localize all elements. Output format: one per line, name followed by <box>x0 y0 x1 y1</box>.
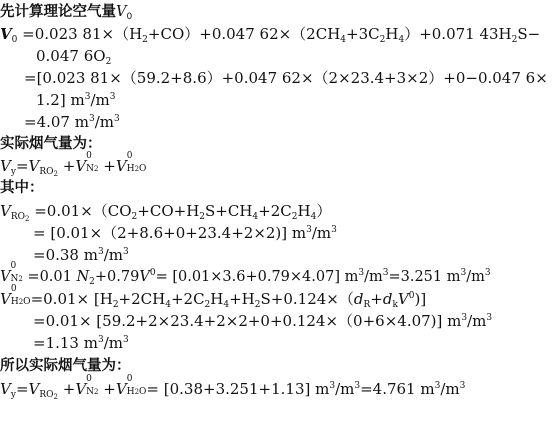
heading-text: 实际烟气量为： <box>0 136 102 152</box>
text: =[0.023 81×（59.2+8.6）+0.047 62×（2×23.4+3… <box>24 69 548 87</box>
formula-vh2o-definition: V0H2O=0.01× [H2+2CH4+2C2H4+H2S+0.124×（dR… <box>0 289 426 310</box>
sup: 0 <box>127 375 133 384</box>
text: /m <box>104 246 123 264</box>
text: S+0.124×（ <box>261 290 354 308</box>
var-V: V <box>116 380 127 398</box>
subsup: 0H2O <box>11 292 31 307</box>
text: =1.13 m <box>33 334 98 352</box>
sub: O <box>139 387 146 397</box>
formula-vro2-substitution: = [0.01×（2+8.6+0+23.4+2×2)] m3/m3 <box>33 223 337 244</box>
var-V: V <box>0 380 11 398</box>
formula-vro2-definition: VRO2 =0.01×（CO2+CO+H2S+CH4+2C2H4） <box>0 201 331 222</box>
sup: 3 <box>123 247 129 257</box>
text: /m <box>335 380 354 398</box>
formula-v0-result: =4.07 m3/m3 <box>24 112 120 133</box>
text: +0.79 <box>95 269 139 285</box>
text: +H <box>229 290 255 308</box>
text: )] <box>414 290 426 308</box>
text: /m <box>440 380 459 398</box>
sup: 3 <box>110 92 116 102</box>
sup: 3 <box>460 381 466 391</box>
formula-v0-substitution: =[0.023 81×（59.2+8.6）+0.047 62×（2×23.4+3… <box>24 68 548 89</box>
heading-theoretical-air: 先计算理论空气量V0 <box>0 2 132 23</box>
text: = <box>16 157 29 175</box>
heading-therefore-actual-flue-gas: 所以实际烟气量为： <box>0 356 131 377</box>
text: = [0.38+3.251+1.13] m <box>146 380 329 398</box>
sub: O <box>139 164 146 174</box>
text: =4.761 m <box>360 380 435 398</box>
text: =0.01 <box>23 269 77 285</box>
text: ）+0.071 43H <box>404 25 511 43</box>
sub-0: 0 <box>126 12 132 22</box>
sub: 2 <box>18 275 22 283</box>
sup: 0 <box>10 262 16 271</box>
text: =0.01× [59.2+2×23.4+2×2+0+0.124×（0+6×4.0… <box>33 312 461 330</box>
var-V: V <box>0 290 11 308</box>
formula-vh2o-substitution: =0.01× [59.2+2×23.4+2×2+0+0.124×（0+6×4.0… <box>33 311 492 332</box>
text: S+CH <box>205 202 252 220</box>
text: = [0.01×3.6+0.79×4.07] m <box>156 269 359 285</box>
subsup: 0N2 <box>86 382 98 397</box>
formula-vro2-result: =0.38 m3/m3 <box>33 245 129 266</box>
text: = [0.01×（2+8.6+0+23.4+2×2)] m <box>33 224 306 242</box>
sub: H <box>127 164 135 174</box>
text: =4.07 m <box>24 113 89 131</box>
text: /m <box>467 312 486 330</box>
sup: 3 <box>485 268 491 278</box>
subsup: 0H2O <box>127 382 147 397</box>
text: + <box>99 157 116 175</box>
sup: 0 <box>86 152 92 161</box>
text: =3.251 m <box>388 269 460 285</box>
document-page: 先计算理论空气量V0 V0 =0.023 81×（H2+CO）+0.047 62… <box>0 0 557 433</box>
text: /m <box>364 269 383 285</box>
var-V: V <box>139 269 149 285</box>
sub: H <box>11 297 19 307</box>
text: +2CH <box>119 290 166 308</box>
formula-vy-final: Vy=VRO2 +V0N2 +V0H2O= [0.38+3.251+1.13] … <box>0 379 465 400</box>
formula-v0-substitution-cont: 1.2] m3/m3 <box>36 90 115 111</box>
text: +3C <box>346 25 380 43</box>
formula-vh2o-result: =1.13 m3/m3 <box>33 333 129 354</box>
text: H <box>385 25 398 43</box>
text: /m <box>95 113 114 131</box>
var-V: V <box>0 25 12 43</box>
text: /m <box>104 334 123 352</box>
text: = <box>16 380 29 398</box>
text: ） <box>316 202 331 220</box>
var-V: V <box>398 290 409 308</box>
var-V: V <box>0 157 11 175</box>
sup: 0 <box>127 152 133 161</box>
text: + <box>58 380 75 398</box>
formula-vy-definition: Vy=VRO2 +V0N2 +V0H2O <box>0 156 146 177</box>
var-V: V <box>0 269 10 285</box>
text: =0.01× [H <box>31 290 113 308</box>
var-V: V <box>75 157 86 175</box>
heading-text: 先计算理论空气量 <box>0 4 116 20</box>
heading-where: 其中： <box>0 178 44 199</box>
var-d: d <box>383 290 393 308</box>
text: +CO+H <box>137 202 199 220</box>
subsup: 0H2O <box>127 159 147 174</box>
text: + <box>58 157 75 175</box>
text: S− <box>517 25 540 43</box>
text: =0.01×（CO <box>29 202 131 220</box>
text: +CO）+0.047 62×（2CH <box>148 25 340 43</box>
sub: N <box>86 164 94 174</box>
text: =0.38 m <box>33 246 98 264</box>
text: + <box>99 380 116 398</box>
text: +2C <box>258 202 292 220</box>
var-V: V <box>116 4 126 20</box>
formula-v0-continuation: 0.047 6O2 <box>36 46 111 67</box>
text: /m <box>466 269 485 285</box>
heading-text: 所以实际烟气量为： <box>0 358 131 374</box>
formula-v0-definition: V0 =0.023 81×（H2+CO）+0.047 62×（2CH4+3C2H… <box>0 24 540 45</box>
text: 1.2] m <box>36 91 85 109</box>
text: + <box>370 290 383 308</box>
sub: 2 <box>106 57 112 67</box>
subsup: 0N2 <box>86 159 98 174</box>
sup: 3 <box>114 114 120 124</box>
sub: H <box>127 387 135 397</box>
sub: 2 <box>94 165 98 173</box>
sub: RO <box>39 167 53 177</box>
heading-text: 其中： <box>0 180 44 196</box>
sup: 3 <box>123 335 129 345</box>
sup: 0 <box>86 375 92 384</box>
sub: 2 <box>94 388 98 396</box>
var-V: V <box>75 380 86 398</box>
text: =0.023 81×（H <box>17 25 142 43</box>
sub: RO <box>39 390 53 400</box>
var-N: N <box>76 269 89 285</box>
sub: O <box>23 297 30 307</box>
text: /m <box>90 91 109 109</box>
formula-vn2: V0N2 =0.01 N2+0.79V0= [0.01×3.6+0.79×4.0… <box>0 267 491 288</box>
var-V: V <box>29 157 40 175</box>
var-V: V <box>116 157 127 175</box>
sup: 0 <box>11 285 17 294</box>
text: 0.047 6O <box>36 47 106 65</box>
subsup: 0N2 <box>10 269 22 285</box>
text: H <box>297 202 310 220</box>
sup: 3 <box>486 313 492 323</box>
text: /m <box>312 224 331 242</box>
sub: RO <box>11 212 25 222</box>
var-V: V <box>0 202 11 220</box>
sub: N <box>86 387 94 397</box>
var-V: V <box>29 380 40 398</box>
text: +2C <box>171 290 205 308</box>
text: H <box>210 290 223 308</box>
sup: 3 <box>331 225 337 235</box>
